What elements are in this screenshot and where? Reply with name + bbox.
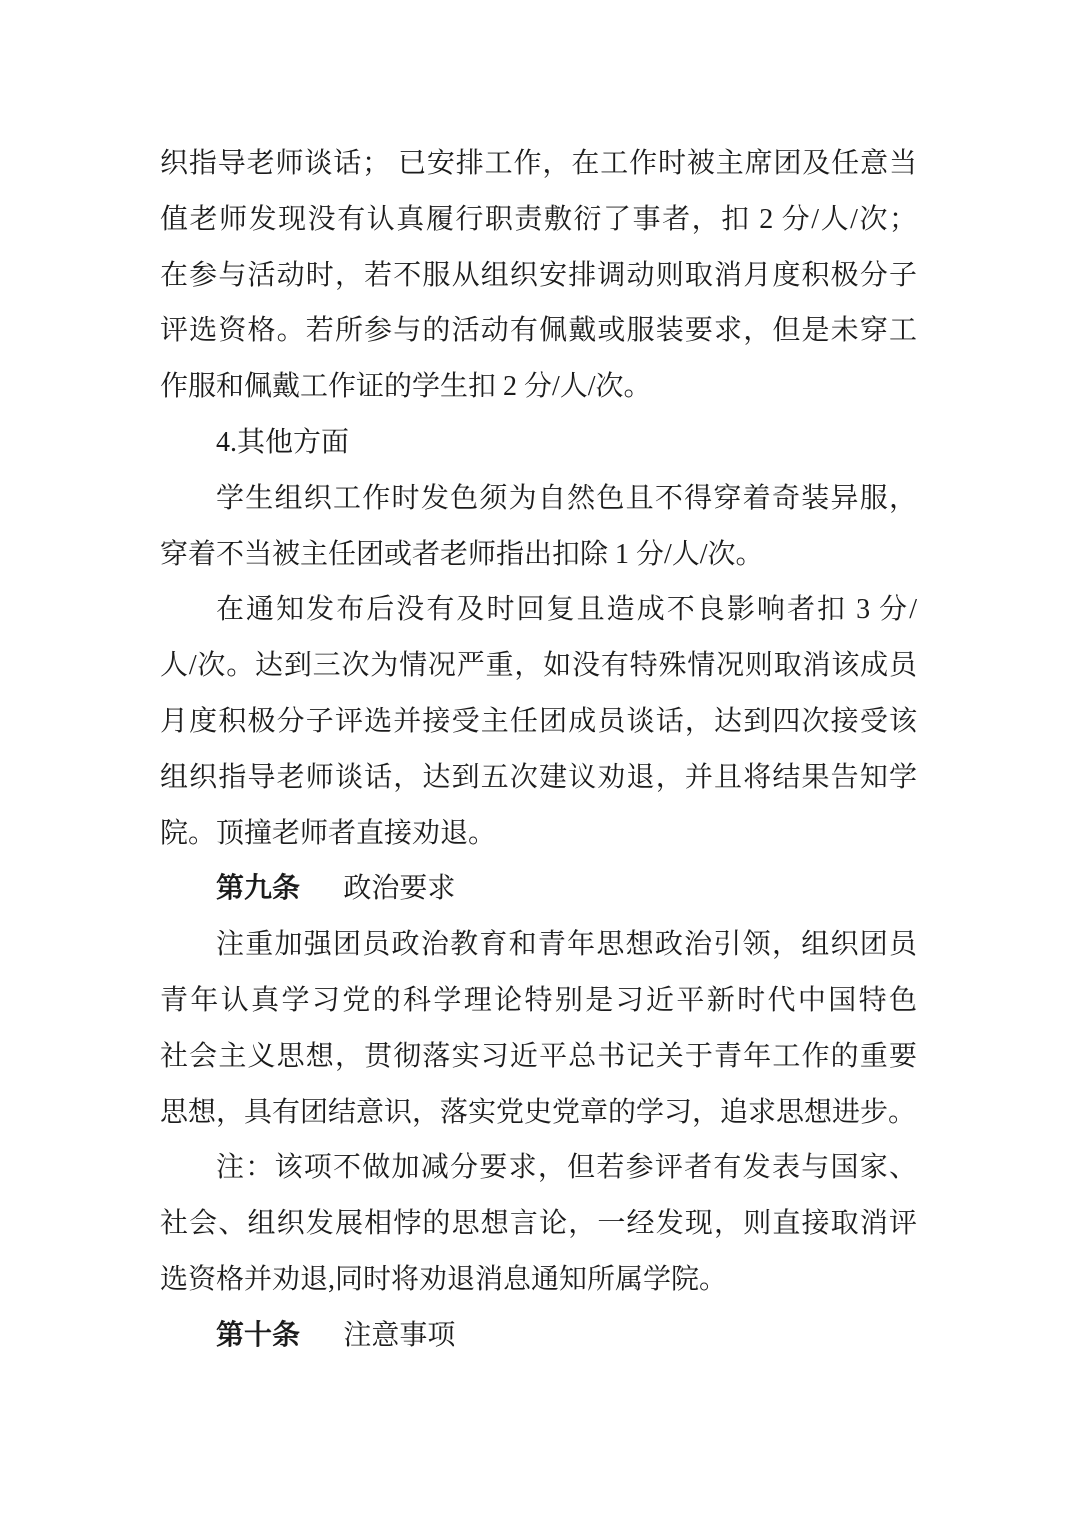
- article-heading-line: 第九条政治要求: [160, 861, 917, 917]
- text-line: 在参与活动时，若不服从组织安排调动则取消月度积极分子: [160, 248, 917, 304]
- article-number: 第十条: [216, 1320, 300, 1351]
- text-line: 月度积极分子评选并接受主任团成员谈话，达到四次接受该: [160, 694, 917, 750]
- text-line: 院。顶撞老师者直接劝退。: [160, 806, 917, 862]
- text-line: 评选资格。若所参与的活动有佩戴或服装要求，但是未穿工: [160, 303, 917, 359]
- text-line: 选资格并劝退,同时将劝退消息通知所属学院。: [160, 1252, 917, 1308]
- text-line: 在通知发布后没有及时回复且造成不良影响者扣 3 分/: [160, 582, 917, 638]
- text-line: 青年认真学习党的科学理论特别是习近平新时代中国特色: [160, 973, 917, 1029]
- text-line: 穿着不当被主任团或者老师指出扣除 1 分/人/次。: [160, 527, 917, 583]
- article-number: 第九条: [216, 873, 300, 904]
- article-heading-line: 第十条注意事项: [160, 1308, 917, 1364]
- document-body: 织指导老师谈话； 已安排工作，在工作时被主席团及任意当值老师发现没有认真履行职责…: [160, 136, 917, 1364]
- article-title: 政治要求: [343, 873, 455, 904]
- text-line: 值老师发现没有认真履行职责敷衍了事者，扣 2 分/人/次；: [160, 192, 917, 248]
- article-title: 注意事项: [343, 1320, 455, 1351]
- text-line: 组织指导老师谈话，达到五次建议劝退，并且将结果告知学: [160, 750, 917, 806]
- document-page: 织指导老师谈话； 已安排工作，在工作时被主席团及任意当值老师发现没有认真履行职责…: [0, 0, 1074, 1520]
- text-line: 思想，具有团结意识，落实党史党章的学习，追求思想进步。: [160, 1085, 917, 1141]
- text-line: 社会主义思想，贯彻落实习近平总书记关于青年工作的重要: [160, 1029, 917, 1085]
- text-line: 注：该项不做加减分要求，但若参评者有发表与国家、: [160, 1140, 917, 1196]
- text-line: 学生组织工作时发色须为自然色且不得穿着奇装异服，: [160, 471, 917, 527]
- text-line: 作服和佩戴工作证的学生扣 2 分/人/次。: [160, 359, 917, 415]
- text-line: 人/次。达到三次为情况严重，如没有特殊情况则取消该成员: [160, 638, 917, 694]
- text-line: 注重加强团员政治教育和青年思想政治引领，组织团员: [160, 917, 917, 973]
- text-line: 4.其他方面: [160, 415, 917, 471]
- text-line: 社会、组织发展相悖的思想言论，一经发现，则直接取消评: [160, 1196, 917, 1252]
- text-line: 织指导老师谈话； 已安排工作，在工作时被主席团及任意当: [160, 136, 917, 192]
